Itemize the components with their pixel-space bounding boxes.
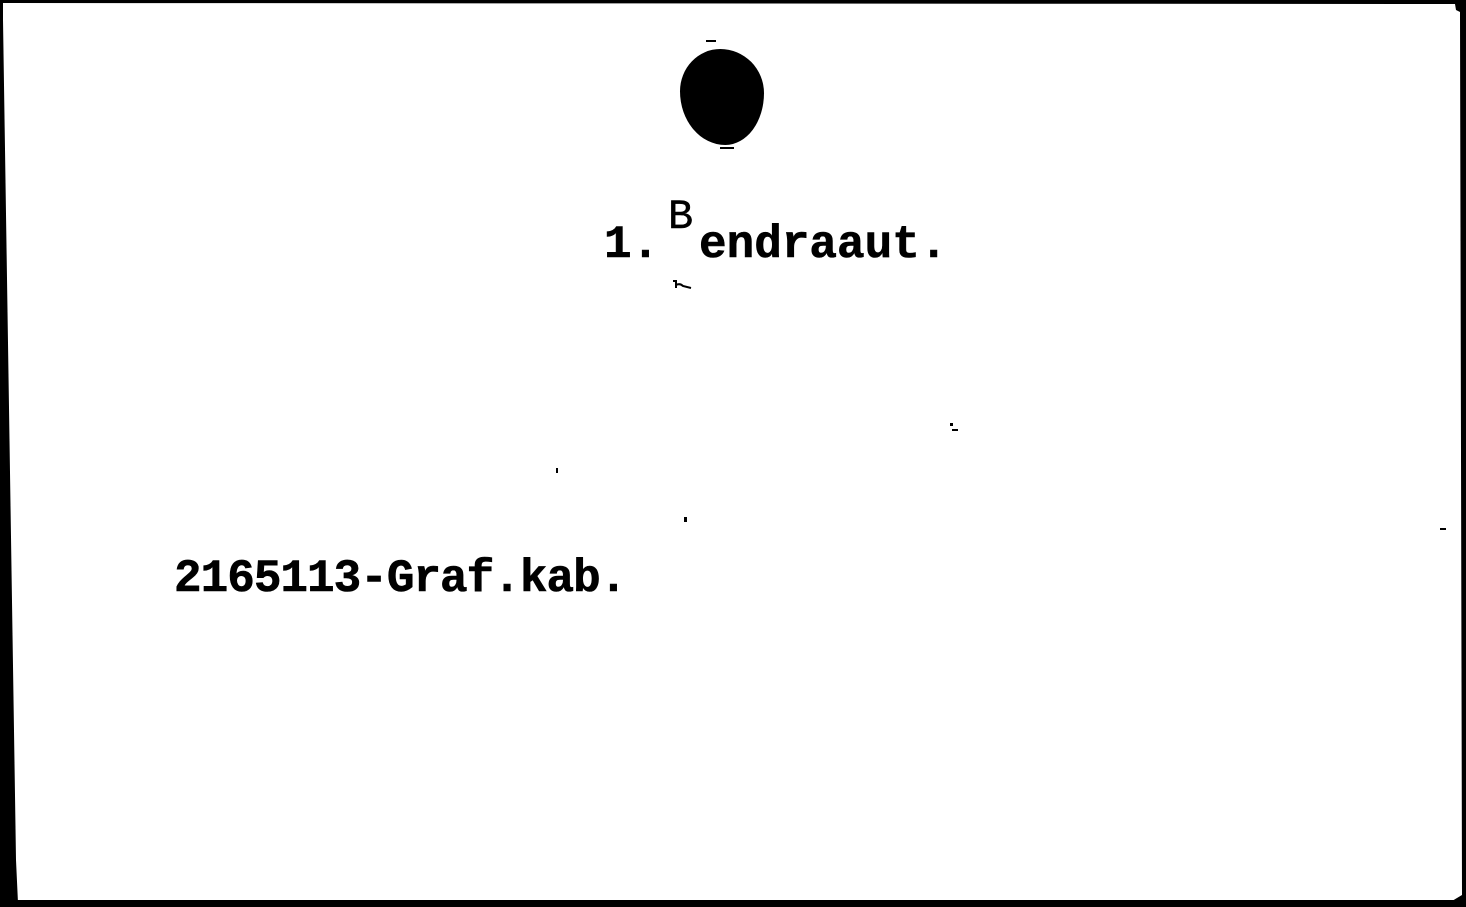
handwritten-mark-icon bbox=[671, 279, 693, 291]
scan-speck bbox=[950, 423, 953, 426]
scan-speck bbox=[684, 517, 687, 522]
scan-speck bbox=[706, 40, 716, 42]
scan-speck bbox=[952, 429, 958, 431]
entry-number: 1. bbox=[604, 222, 659, 268]
scan-speck bbox=[720, 147, 734, 149]
reference-code: 2165113-Graf.kab. bbox=[174, 556, 626, 602]
entry-heading: endraaut. bbox=[699, 222, 947, 268]
entry-superscript-initial: B bbox=[668, 196, 693, 238]
scan-speck bbox=[1440, 528, 1446, 530]
card-bottom-edge bbox=[0, 900, 1466, 907]
scan-speck bbox=[556, 468, 558, 473]
